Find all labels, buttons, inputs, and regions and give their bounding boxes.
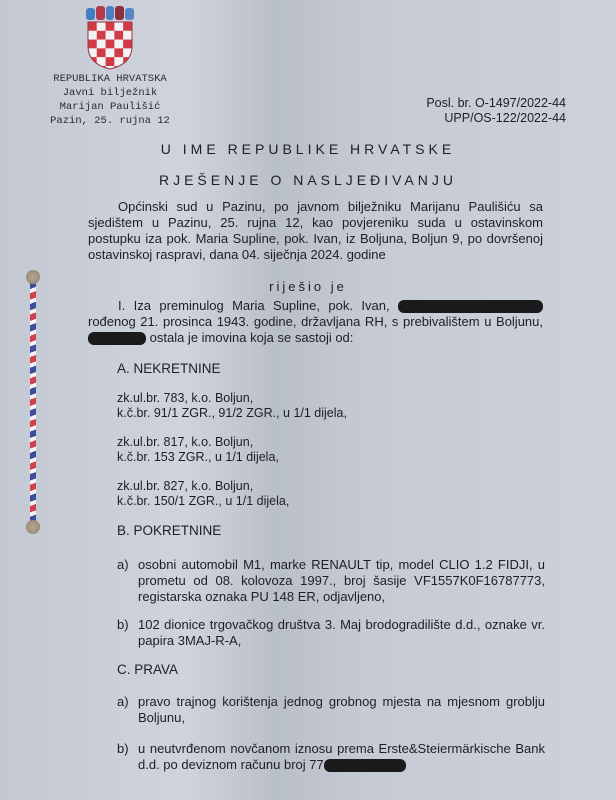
office-line: Pazin, 25. rujna 12 [40, 114, 180, 128]
rights-item: b) u neutvrđenom novčanom iznosu prema E… [117, 741, 545, 773]
redacted-block [324, 759, 406, 772]
real-estate-item: zk.ul.br. 817, k.o. Boljun, k.č.br. 153 … [117, 435, 279, 465]
section-movables-title: B. POKRETNINE [117, 523, 221, 538]
notary-office-header: REPUBLIKA HRVATSKA Javni bilježnik Marij… [40, 72, 180, 128]
binding-cord [30, 272, 36, 526]
real-estate-item: zk.ul.br. 827, k.o. Boljun, k.č.br. 150/… [117, 479, 289, 509]
estate-paragraph: I. Iza preminulog Maria Supline, pok. Iv… [88, 298, 543, 346]
seal-top [26, 270, 40, 284]
office-line: Marijan Paulišić [40, 100, 180, 114]
redacted-block [88, 332, 146, 345]
intro-paragraph: Općinski sud u Pazinu, po javnom bilježn… [88, 199, 543, 263]
document-heading: U IME REPUBLIKE HRVATSKE [0, 141, 616, 157]
redacted-block [398, 300, 543, 313]
case-number-secondary: UPP/OS-122/2022-44 [426, 111, 566, 126]
seal-bottom [26, 520, 40, 534]
document-title: RJEŠENJE O NASLJEĐIVANJU [0, 172, 616, 188]
movable-item: b) 102 dionice trgovačkog društva 3. Maj… [117, 617, 545, 649]
section-real-estate-title: A. NEKRETNINE [117, 361, 221, 376]
rights-item: a) pravo trajnog korištenja jednog grobn… [117, 694, 545, 726]
real-estate-item: zk.ul.br. 783, k.o. Boljun, k.č.br. 91/1… [117, 391, 347, 421]
movable-item: a) osobni automobil M1, marke RENAULT ti… [117, 557, 545, 605]
office-line: REPUBLIKA HRVATSKA [40, 72, 180, 86]
section-rights-title: C. PRAVA [117, 662, 178, 677]
case-reference: Posl. br. O-1497/2022-44 UPP/OS-122/2022… [426, 96, 566, 126]
office-line: Javni bilježnik [40, 86, 180, 100]
case-number: Posl. br. O-1497/2022-44 [426, 96, 566, 111]
croatian-coat-of-arms-icon [84, 6, 136, 70]
decision-heading: riješio je [0, 279, 616, 294]
